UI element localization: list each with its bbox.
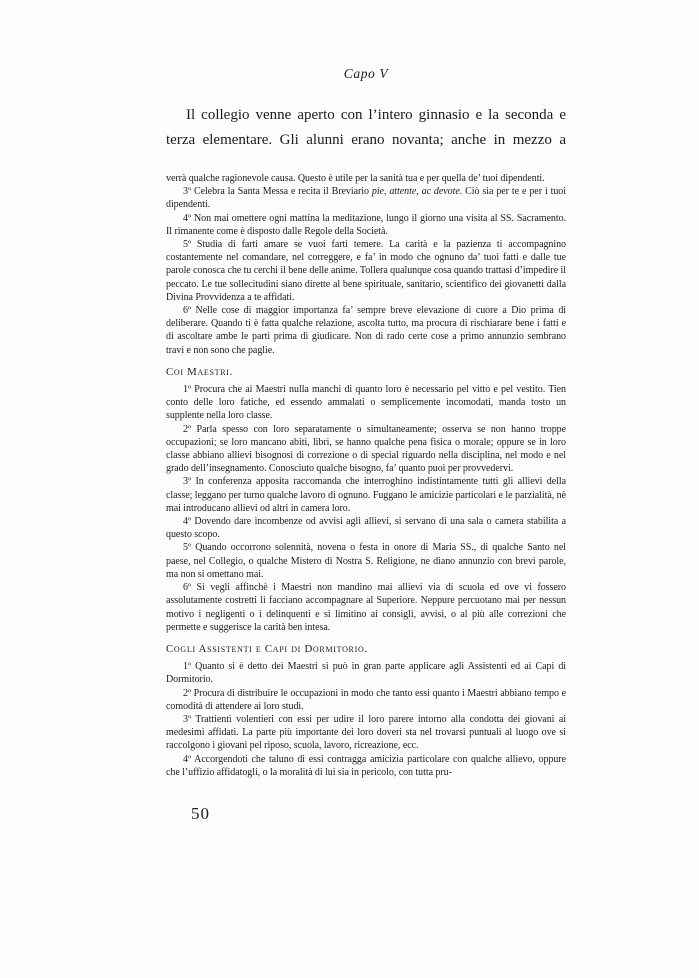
text-segment: 1º Quanto si è detto dei Maestri si può … <box>166 661 566 685</box>
text-segment: verrà qualche ragionevole causa. Questo … <box>166 173 545 184</box>
footnote-paragraph: 3º Celebra la Santa Messa e recita il Br… <box>166 185 566 211</box>
footnote-paragraph: 4º Dovendo dare incombenze od avvisi agl… <box>166 515 566 541</box>
intro-line: Il collegio venne aperto con l’intero gi… <box>166 103 566 128</box>
latin-phrase: pie, attente, ac devote <box>372 186 460 197</box>
text-segment: 3º Trattienti volentieri con essi per ud… <box>166 714 566 751</box>
footnote-paragraph: verrà qualche ragionevole causa. Questo … <box>166 172 566 185</box>
chapter-heading: Capo V <box>166 66 566 82</box>
section-heading: Coi Maestri. <box>166 366 566 379</box>
footnote-block: verrà qualche ragionevole causa. Questo … <box>166 172 566 779</box>
text-segment: 5º Studia di farti amare se vuoi farti t… <box>166 239 566 303</box>
text-segment: 4º Non mai omettere ogni mattina la medi… <box>166 213 566 237</box>
text-segment: 3º Celebra la Santa Messa e recita il Br… <box>183 186 372 197</box>
text-segment: 1º Procura che ai Maestri nulla manchi d… <box>166 384 566 421</box>
text-column: Capo V Il collegio venne aperto con l’in… <box>166 0 566 779</box>
page-number: 50 <box>191 804 210 824</box>
footnote-paragraph: 4º Non mai omettere ogni mattina la medi… <box>166 212 566 238</box>
text-segment: Coi Maestri. <box>166 366 233 378</box>
text-segment: 4º Dovendo dare incombenze od avvisi agl… <box>166 516 566 540</box>
text-segment: 6º Si vegli affinchè i Maestri non mandi… <box>166 582 566 633</box>
footnote-paragraph: 3º Trattienti volentieri con essi per ud… <box>166 713 566 753</box>
footnote-paragraph: 5º Quando occorrono solennità, novena o … <box>166 541 566 581</box>
footnote-paragraph: 3º In conferenza apposita raccomanda che… <box>166 475 566 515</box>
text-segment: 5º Quando occorrono solennità, novena o … <box>166 542 566 579</box>
footnote-paragraph: 6º Si vegli affinchè i Maestri non mandi… <box>166 581 566 634</box>
text-segment: 6º Nelle cose di maggior importanza fa’ … <box>166 305 566 356</box>
text-segment: 2º Parla spesso con loro separatamente o… <box>166 424 566 475</box>
footnote-paragraph: 1º Quanto si è detto dei Maestri si può … <box>166 660 566 686</box>
text-segment: 4º Accorgendoti che taluno di essi contr… <box>166 754 566 778</box>
footnote-paragraph: 5º Studia di farti amare se vuoi farti t… <box>166 238 566 304</box>
footnote-paragraph: 1º Procura che ai Maestri nulla manchi d… <box>166 383 566 423</box>
intro-paragraph: Il collegio venne aperto con l’intero gi… <box>166 103 566 153</box>
footnote-paragraph: 6º Nelle cose di maggior importanza fa’ … <box>166 304 566 357</box>
footnote-paragraph: 4º Accorgendoti che taluno di essi contr… <box>166 753 566 779</box>
text-segment: 3º In conferenza apposita raccomanda che… <box>166 476 566 513</box>
intro-line: terza elementare. Gli alunni erano novan… <box>166 128 566 153</box>
text-segment: 2º Procura di distribuire le occupazioni… <box>166 688 566 712</box>
footnote-paragraph: 2º Parla spesso con loro separatamente o… <box>166 423 566 476</box>
section-heading: Cogli Assistenti e Capi di Dormitorio. <box>166 643 566 656</box>
text-segment: Cogli Assistenti e Capi di Dormitorio. <box>166 643 368 655</box>
book-page: Capo V Il collegio venne aperto con l’in… <box>0 0 699 978</box>
footnote-paragraph: 2º Procura di distribuire le occupazioni… <box>166 687 566 713</box>
